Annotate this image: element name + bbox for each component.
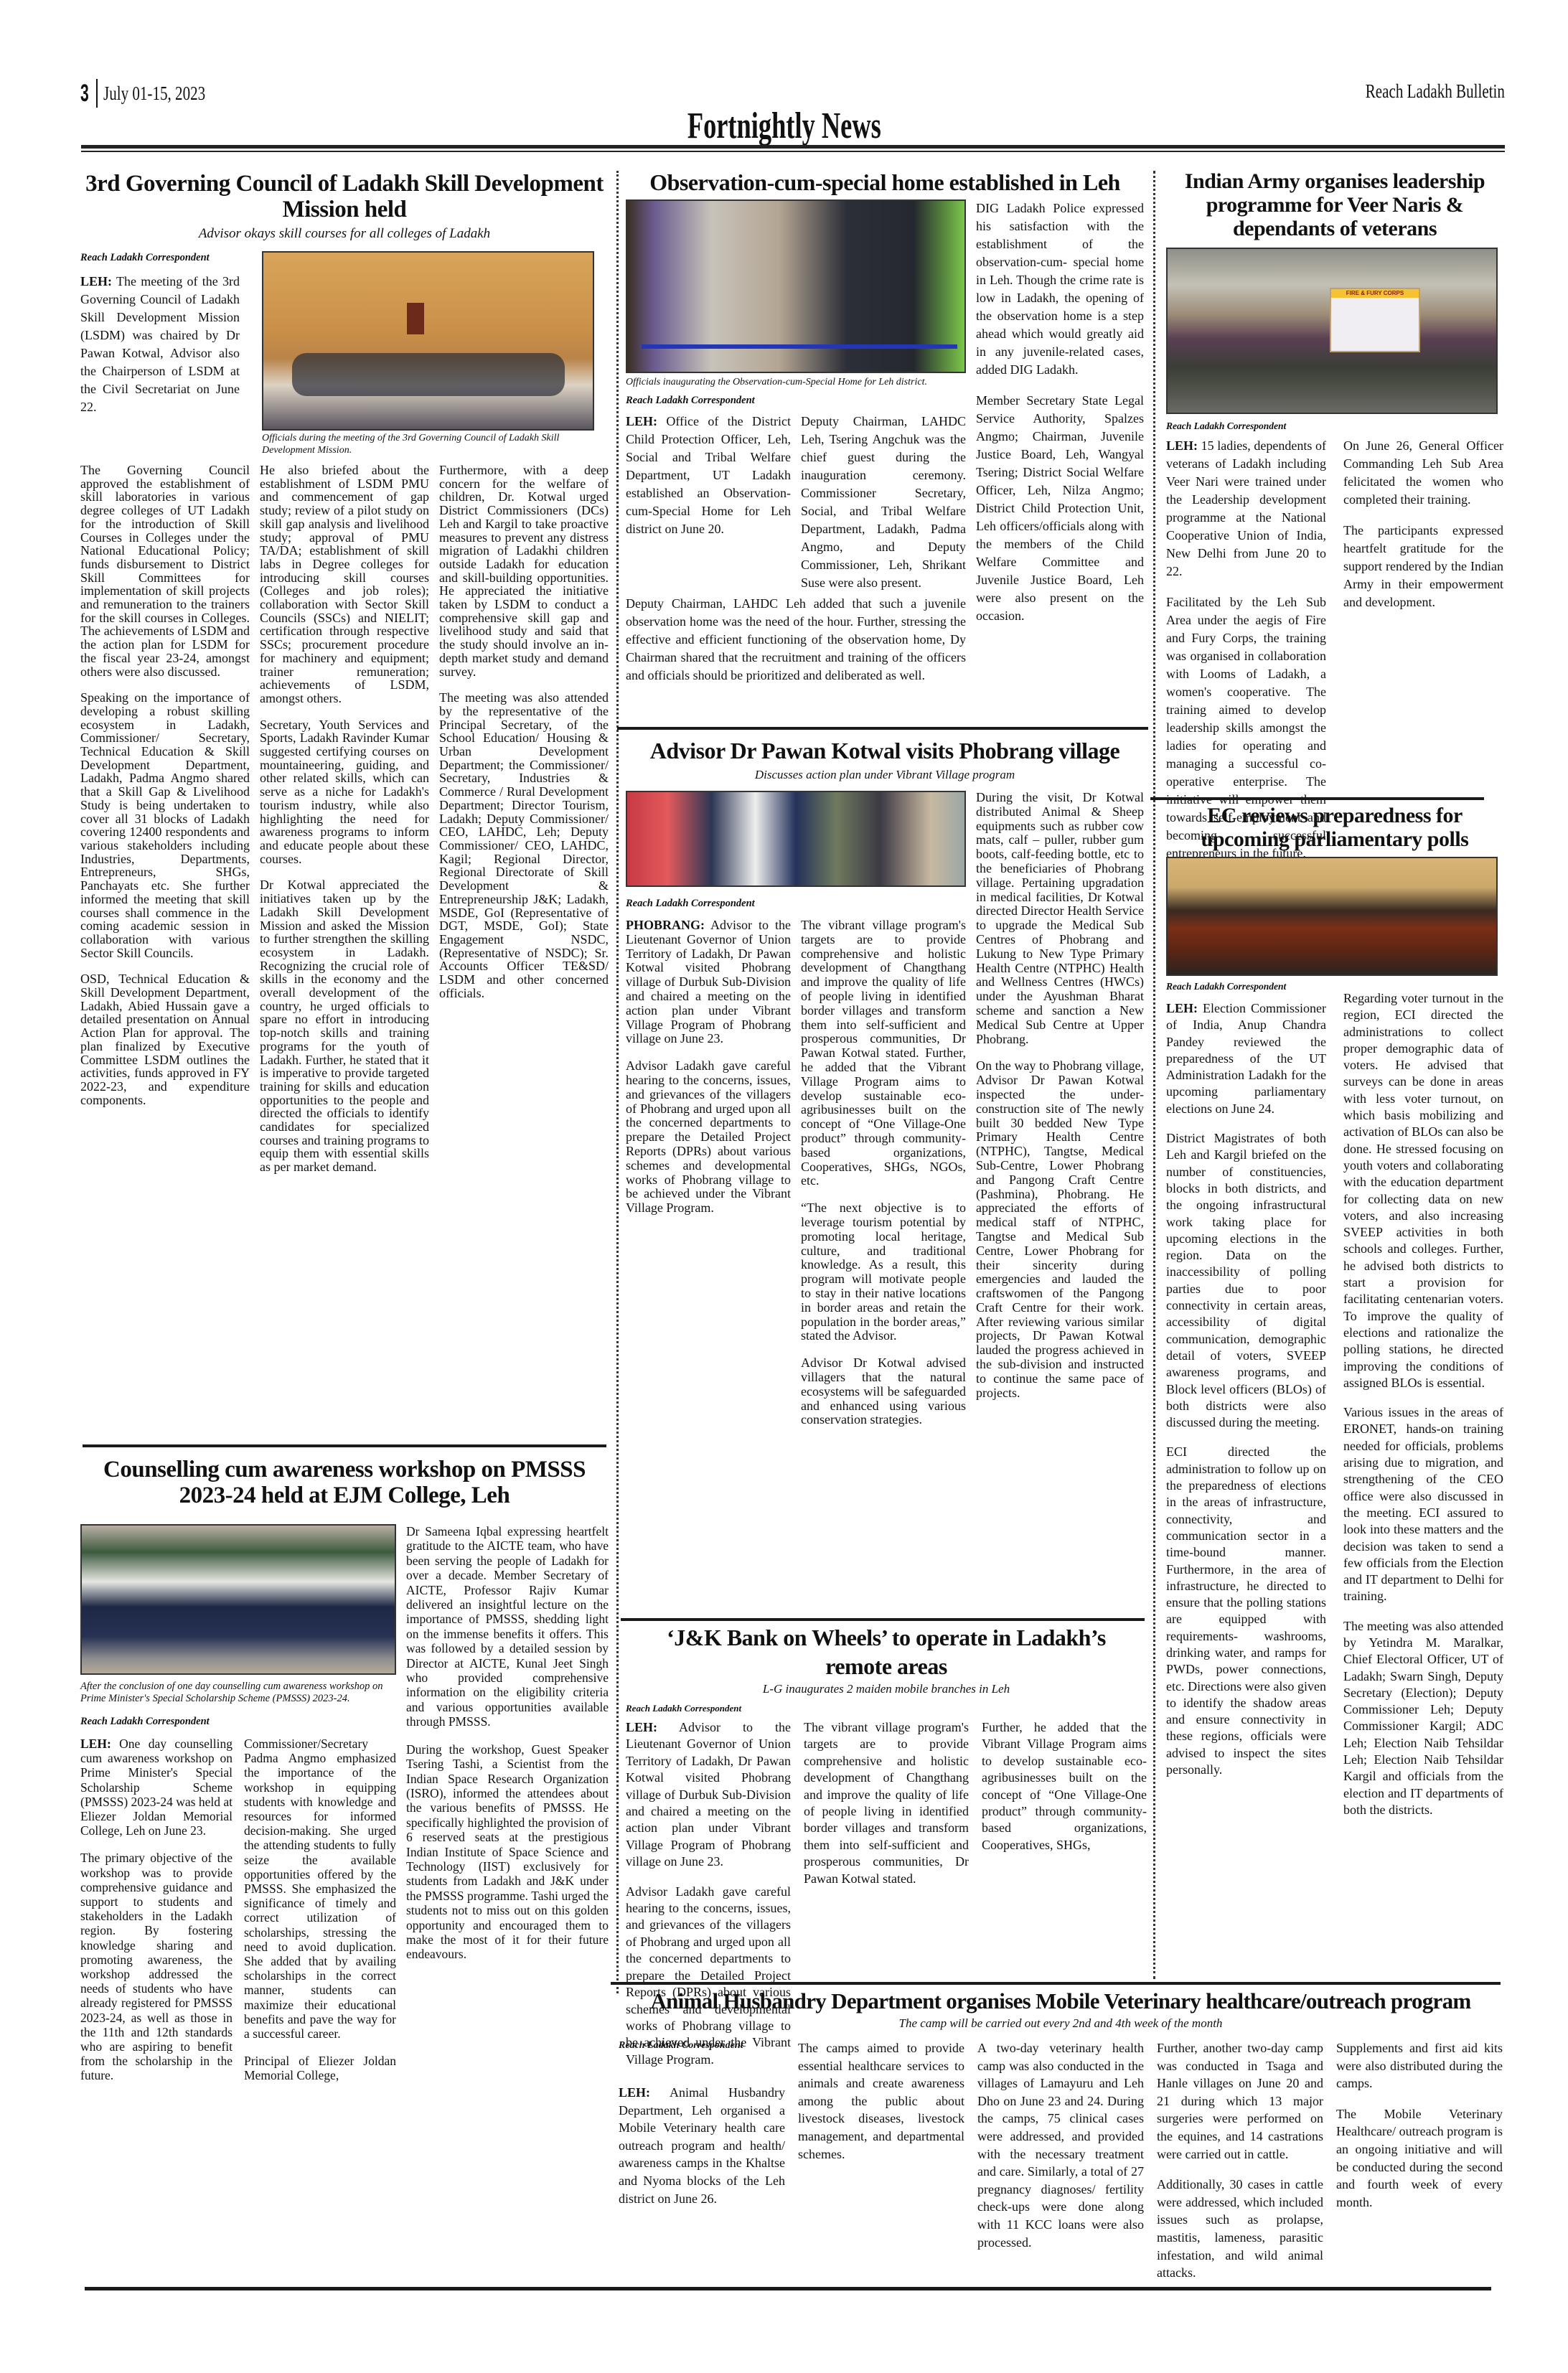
lead-paragraph: LEH: Advisor to the Lieutenant Governor … bbox=[626, 1719, 791, 1871]
banner: FIRE & FURY CORPS bbox=[1330, 288, 1420, 352]
paragraph: Regarding voter turnout in the region, E… bbox=[1343, 990, 1503, 1391]
article-column: Furthermore, with a deep concern for the… bbox=[439, 464, 609, 1131]
paragraph: On the way to Phobrang village, Advisor … bbox=[976, 1059, 1144, 1400]
paragraph: “The next objective is to leverage touri… bbox=[801, 1201, 966, 1343]
paragraph: Furthermore, with a deep concern for the… bbox=[439, 464, 609, 678]
issue-date: July 01-15, 2023 bbox=[103, 83, 205, 105]
paragraph: Deputy Chairman, LAHDC Leh, Tsering Angc… bbox=[801, 413, 966, 592]
article-indian-army: Indian Army organises leadership program… bbox=[1166, 169, 1503, 863]
paragraph: The meeting was also attended by Yetindr… bbox=[1343, 1618, 1503, 1819]
paragraph: ECI directed the administration to follo… bbox=[1166, 1444, 1326, 1778]
lead-paragraph: LEH: Election Commissioner of India, Anu… bbox=[1166, 1000, 1326, 1117]
byline: Reach Ladakh Correspondent bbox=[80, 1715, 396, 1728]
article-column: He also briefed about the establishment … bbox=[260, 464, 429, 1131]
paragraph: The Mobile Veterinary Healthcare/ outrea… bbox=[1336, 2105, 1503, 2212]
dateline: LEH: bbox=[1166, 438, 1198, 453]
byline: Reach Ladakh Correspondent bbox=[1166, 420, 1503, 433]
paragraph: Further, he added that the Vibrant Villa… bbox=[982, 1719, 1147, 1853]
article-divider bbox=[617, 727, 1148, 730]
paragraph: The vibrant village program's targets ar… bbox=[801, 918, 966, 1188]
article-pmsss: Counselling cum awareness workshop on PM… bbox=[80, 1457, 609, 2083]
dateline: LEH: bbox=[626, 414, 657, 428]
subhead: The camp will be carried out every 2nd a… bbox=[619, 2015, 1503, 2032]
paragraph: On June 26, General Officer Commanding L… bbox=[1343, 437, 1503, 509]
paragraph: Member Secretary State Legal Service Aut… bbox=[976, 392, 1144, 625]
article-column: LEH: One day counselling cum awareness w… bbox=[80, 1737, 233, 2083]
article-column: DIG Ladakh Police expressed his satisfac… bbox=[976, 199, 1144, 685]
article-column: Dr Sameena Iqbal expressing heartfelt gr… bbox=[406, 1524, 609, 2083]
column-divider bbox=[616, 171, 619, 1993]
banner-text: FIRE & FURY CORPS bbox=[1331, 289, 1419, 298]
subhead: Discusses action plan under Vibrant Vill… bbox=[626, 766, 1144, 784]
paragraph: DIG Ladakh Police expressed his satisfac… bbox=[976, 199, 1144, 379]
paragraph: During the workshop, Guest Speaker Tseri… bbox=[406, 1742, 609, 1962]
paragraph: The participants expressed heartfelt gra… bbox=[1343, 522, 1503, 611]
lead-paragraph: LEH: Office of the District Child Protec… bbox=[626, 413, 791, 538]
lead-text: 15 ladies, dependents of veterans of Lad… bbox=[1166, 438, 1326, 578]
paragraph: Advisor Ladakh gave careful hearing to t… bbox=[626, 1059, 791, 1216]
headline: ‘J&K Bank on Wheels’ to operate in Ladak… bbox=[626, 1623, 1147, 1681]
paragraph: The primary objective of the workshop wa… bbox=[80, 1851, 233, 2082]
paragraph: Additionally, 30 cases in cattle were ad… bbox=[1157, 2176, 1323, 2282]
article-column: The Governing Council approved the estab… bbox=[80, 464, 250, 1131]
dateline: LEH: bbox=[1166, 1001, 1198, 1015]
masthead-left: 3 July 01-15, 2023 bbox=[80, 80, 234, 106]
article-column: LEH: Office of the District Child Protec… bbox=[626, 413, 791, 592]
paragraph: The camps aimed to provide essential hea… bbox=[798, 2039, 964, 2163]
byline: Reach Ladakh Correspondent bbox=[626, 1702, 1147, 1715]
headline: Advisor Dr Pawan Kotwal visits Phobrang … bbox=[626, 738, 1144, 763]
paragraph: A two-day veterinary health camp was als… bbox=[977, 2039, 1144, 2251]
subhead: L-G inaugurates 2 maiden mobile branches… bbox=[626, 1681, 1147, 1698]
photo-ribbon-cutting bbox=[626, 199, 966, 373]
lead-paragraph: LEH: One day counselling cum awareness w… bbox=[80, 1737, 233, 1838]
byline: Reach Ladakh Correspondent bbox=[626, 394, 966, 407]
article-column: Reach Ladakh Correspondent LEH: Animal H… bbox=[619, 2039, 785, 2282]
article-column: PHOBRANG: Advisor to the Lieutenant Gove… bbox=[626, 918, 791, 1427]
byline: Reach Ladakh Correspondent bbox=[1166, 980, 1326, 993]
lead-paragraph: PHOBRANG: Advisor to the Lieutenant Gove… bbox=[626, 918, 791, 1046]
photo-advisor-villagers bbox=[626, 791, 966, 887]
article-divider bbox=[621, 1618, 1145, 1621]
publication-name: Reach Ladakh Bulletin bbox=[1366, 80, 1505, 103]
lead-text: Election Commissioner of India, Anup Cha… bbox=[1166, 1001, 1326, 1116]
article-divider bbox=[1150, 797, 1484, 800]
lead-paragraph: LEH: Animal Husbandry Department, Leh or… bbox=[619, 2084, 785, 2207]
article-ec-polls: EC reviews preparedness for upcoming par… bbox=[1166, 804, 1503, 1818]
masthead-rule bbox=[81, 145, 1505, 149]
article-column: The vibrant village program's targets ar… bbox=[801, 918, 966, 1427]
paragraph: The vibrant village program's targets ar… bbox=[804, 1719, 969, 1887]
paragraph: OSD, Technical Education & Skill Develop… bbox=[80, 972, 250, 1106]
paragraph: The meeting was also attended by the rep… bbox=[439, 691, 609, 1000]
dateline: LEH: bbox=[80, 1737, 111, 1751]
article-column: Deputy Chairman, LAHDC Leh added that su… bbox=[626, 595, 966, 685]
byline: Reach Ladakh Correspondent bbox=[80, 251, 240, 264]
masthead-rule-thin bbox=[81, 151, 1505, 152]
lead-text: Advisor to the Lieutenant Governor of Un… bbox=[626, 918, 791, 1045]
article-divider bbox=[83, 1444, 606, 1447]
photo-caption: Officials inaugurating the Observation-c… bbox=[626, 376, 966, 388]
headline: Counselling cum awareness workshop on PM… bbox=[80, 1457, 609, 1508]
lead-text: Advisor to the Lieutenant Governor of Un… bbox=[626, 1720, 791, 1869]
paragraph: Dr Kotwal appreciated the initiatives ta… bbox=[260, 878, 429, 1173]
byline: Reach Ladakh Correspondent bbox=[626, 897, 966, 910]
column-divider bbox=[1153, 171, 1155, 1979]
paragraph: Speaking on the importance of developing… bbox=[80, 691, 250, 959]
article-column: LEH: Election Commissioner of India, Anu… bbox=[1166, 1000, 1326, 1778]
page-number: 3 bbox=[80, 80, 88, 106]
skill-council-body: Reach Ladakh Correspondent LEH: The meet… bbox=[80, 251, 609, 1131]
lead-paragraph: LEH: The meeting of the 3rd Governing Co… bbox=[80, 273, 240, 416]
paragraph: The Governing Council approved the estab… bbox=[80, 464, 250, 678]
article-observation-home: Observation-cum-special home established… bbox=[626, 169, 1144, 685]
article-column: Further, another two-day camp was conduc… bbox=[1157, 2039, 1323, 2282]
article-column: Supplements and first aid kits were also… bbox=[1336, 2039, 1503, 2282]
headline: Animal Husbandry Department organises Mo… bbox=[619, 1988, 1503, 2015]
dateline: LEH: bbox=[619, 2085, 650, 2100]
paragraph: Further, another two-day camp was conduc… bbox=[1157, 2039, 1323, 2163]
article-column: During the visit, Dr Kotwal distributed … bbox=[976, 791, 1144, 1427]
headline: Indian Army organises leadership program… bbox=[1166, 169, 1503, 240]
dateline: LEH: bbox=[80, 274, 112, 288]
article-column: Deputy Chairman, LAHDC Leh, Tsering Angc… bbox=[801, 413, 966, 592]
paragraph: Dr Sameena Iqbal expressing heartfelt gr… bbox=[406, 1524, 609, 1729]
paragraph: Supplements and first aid kits were also… bbox=[1336, 2039, 1503, 2092]
ribbon bbox=[642, 344, 957, 349]
byline: Reach Ladakh Correspondent bbox=[619, 2039, 785, 2052]
lead-text: The meeting of the 3rd Governing Council… bbox=[80, 274, 240, 414]
article-phobrang: Advisor Dr Pawan Kotwal visits Phobrang … bbox=[626, 738, 1144, 1427]
lead-text: One day counselling cum awareness worksh… bbox=[80, 1737, 233, 1838]
article-divider bbox=[611, 1982, 1501, 1985]
article-column: The camps aimed to provide essential hea… bbox=[798, 2039, 964, 2282]
subhead: Advisor okays skill courses for all coll… bbox=[80, 225, 609, 243]
section-title: Fortnightly News bbox=[0, 105, 1568, 148]
photo-caption: After the conclusion of one day counsell… bbox=[80, 1681, 396, 1705]
paragraph: Advisor Dr Kotwal advised villagers that… bbox=[801, 1356, 966, 1427]
paragraph: He also briefed about the establishment … bbox=[260, 464, 429, 705]
photo-ec-meeting bbox=[1166, 857, 1498, 976]
paragraph: Commissioner/Secretary Padma Angmo empha… bbox=[244, 1737, 396, 2041]
article-column: Regarding voter turnout in the region, E… bbox=[1343, 980, 1503, 1818]
photo-caption: Officials during the meeting of the 3rd … bbox=[262, 432, 594, 456]
paragraph: Principal of Eliezer Joldan Memorial Col… bbox=[244, 2054, 396, 2082]
section-title-text: Fortnightly News bbox=[687, 105, 881, 148]
dateline: LEH: bbox=[626, 1720, 657, 1734]
people-silhouettes bbox=[292, 353, 565, 396]
paragraph: Deputy Chairman, LAHDC Leh added that su… bbox=[626, 595, 966, 685]
emblem-icon bbox=[407, 303, 424, 334]
photo-army-group: FIRE & FURY CORPS bbox=[1166, 248, 1498, 414]
article-skill-council: 3rd Governing Council of Ladakh Skill De… bbox=[80, 171, 609, 243]
page-number-divider bbox=[96, 79, 98, 108]
headline: Observation-cum-special home established… bbox=[626, 169, 1144, 195]
dateline: PHOBRANG: bbox=[626, 918, 705, 932]
article-column: Commissioner/Secretary Padma Angmo empha… bbox=[244, 1737, 396, 2083]
page-bottom-rule bbox=[85, 2287, 1491, 2290]
lead-paragraph: LEH: 15 ladies, dependents of veterans o… bbox=[1166, 437, 1326, 581]
photo-pmsss-group bbox=[80, 1524, 396, 1675]
lead-text: Animal Husbandry Department, Leh organis… bbox=[619, 2085, 785, 2206]
paragraph: During the visit, Dr Kotwal distributed … bbox=[976, 791, 1144, 1046]
paragraph: District Magistrates of both Leh and Kar… bbox=[1166, 1130, 1326, 1431]
headline: EC reviews preparedness for upcoming par… bbox=[1166, 804, 1503, 851]
article-animal-husbandry: Animal Husbandry Department organises Mo… bbox=[619, 1988, 1503, 2282]
lead-text: Office of the District Child Protection … bbox=[626, 414, 791, 536]
headline: 3rd Governing Council of Ladakh Skill De… bbox=[80, 171, 609, 222]
photo-council-meeting bbox=[262, 251, 594, 431]
paragraph: Various issues in the areas of ERONET, h… bbox=[1343, 1404, 1503, 1605]
article-column: A two-day veterinary health camp was als… bbox=[977, 2039, 1144, 2282]
paragraph: Secretary, Youth Services and Sports, La… bbox=[260, 718, 429, 866]
